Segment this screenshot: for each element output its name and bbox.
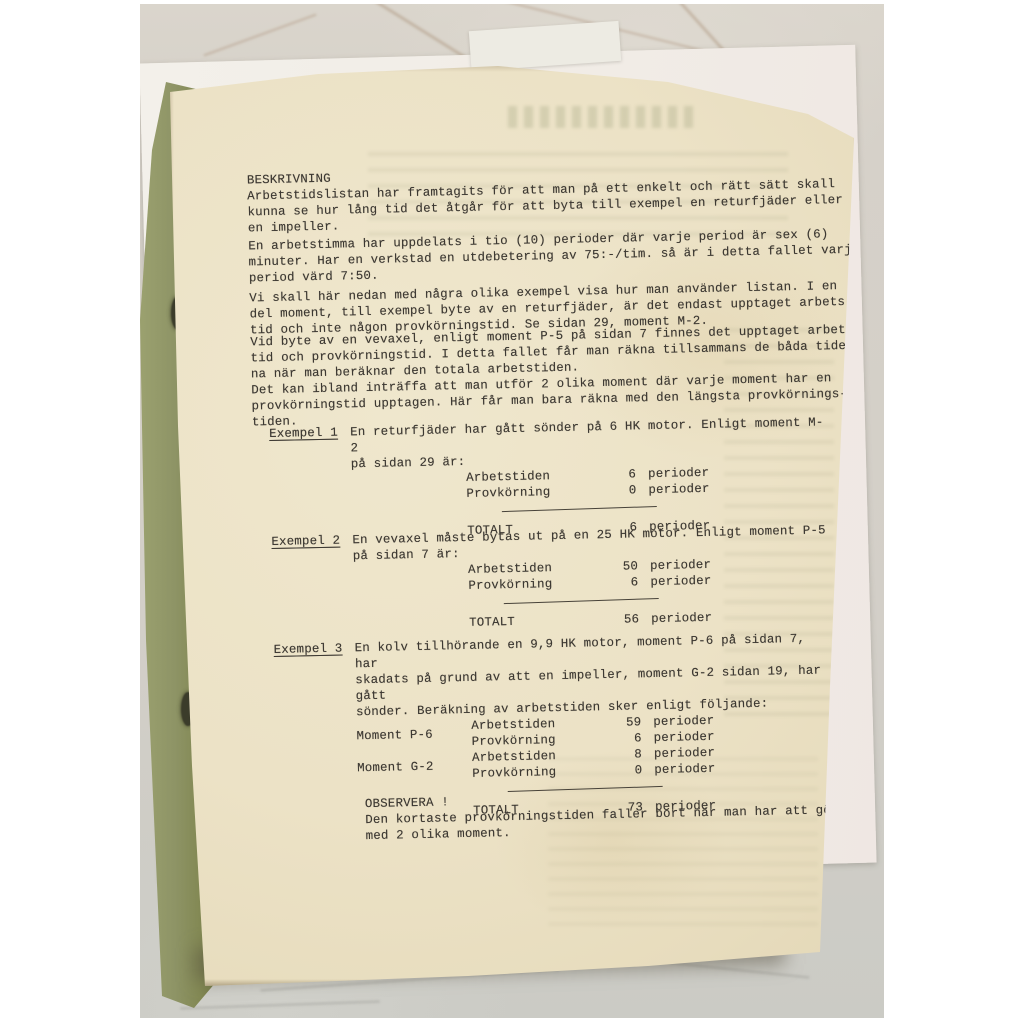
row-unit: perioder: [648, 478, 828, 498]
row-value: 8: [602, 746, 642, 763]
example-intro: En kolv tillhörande en 9,9 HK motor, mom…: [355, 630, 834, 720]
row-label: Provkörning: [466, 483, 596, 502]
example-label: Exempel 3: [274, 641, 343, 658]
typewritten-text: BESKRIVNING Arbetstidslistan har framtag…: [166, 54, 877, 990]
row-value: 56: [599, 611, 639, 628]
example-label: Exempel 2: [271, 533, 340, 550]
row-label: Provkörning: [468, 575, 598, 594]
example-body: En returfjäder har gått sönder på 6 HK m…: [350, 414, 829, 541]
row-value: 6: [598, 574, 638, 591]
spacer: [636, 466, 648, 482]
example-body: En vevaxel måste bytas ut på en 25 HK mo…: [352, 522, 831, 633]
note-block: OBSERVERA ! Den kortaste provkörningstid…: [365, 786, 847, 844]
moment-label: [352, 494, 467, 512]
spacer: [641, 714, 653, 730]
row-unit: perioder: [651, 607, 831, 627]
row-value: 50: [598, 558, 638, 575]
row-value: 0: [602, 762, 642, 779]
moment-label: [353, 586, 468, 604]
period-table: Arbetstiden50perioderProvkörning6periode…: [353, 554, 831, 633]
example-block-2: Exempel 2 En vevaxel måste bytas ut på e…: [254, 522, 831, 635]
spacer: [642, 762, 654, 778]
section-heading: BESKRIVNING: [247, 171, 331, 189]
spacer: [639, 611, 651, 627]
row-unit: perioder: [654, 758, 834, 778]
marble-table-surface: BESKRIVNING Arbetstidslistan har framtag…: [140, 4, 884, 1018]
row-label: Provkörning: [472, 763, 602, 782]
row-value: 6: [601, 730, 641, 747]
row-value: 0: [596, 482, 636, 499]
example-label: Exempel 1: [269, 425, 338, 442]
row-unit: perioder: [650, 570, 830, 590]
photo-of-document: BESKRIVNING Arbetstidslistan har framtag…: [0, 0, 1024, 1024]
note-heading: OBSERVERA !: [365, 795, 449, 811]
spacer: [638, 558, 650, 574]
row-value: 59: [601, 714, 641, 731]
total-row: TOTALT56perioder: [354, 607, 831, 633]
spacer: [642, 746, 654, 762]
sum-rule: [502, 506, 657, 512]
sum-rule: [504, 598, 659, 604]
document-page: BESKRIVNING Arbetstidslistan har framtag…: [168, 66, 860, 988]
spacer: [638, 574, 650, 590]
row-label: TOTALT: [469, 612, 599, 631]
row-value: 6: [596, 466, 636, 483]
spacer: [641, 730, 653, 746]
marble-vein: [203, 14, 316, 57]
marble-vein: [180, 1001, 380, 1010]
spacer: [636, 482, 648, 498]
paragraph: En arbetstimma har uppdelats i tio (10) …: [248, 226, 860, 287]
moment-label: [357, 774, 472, 792]
